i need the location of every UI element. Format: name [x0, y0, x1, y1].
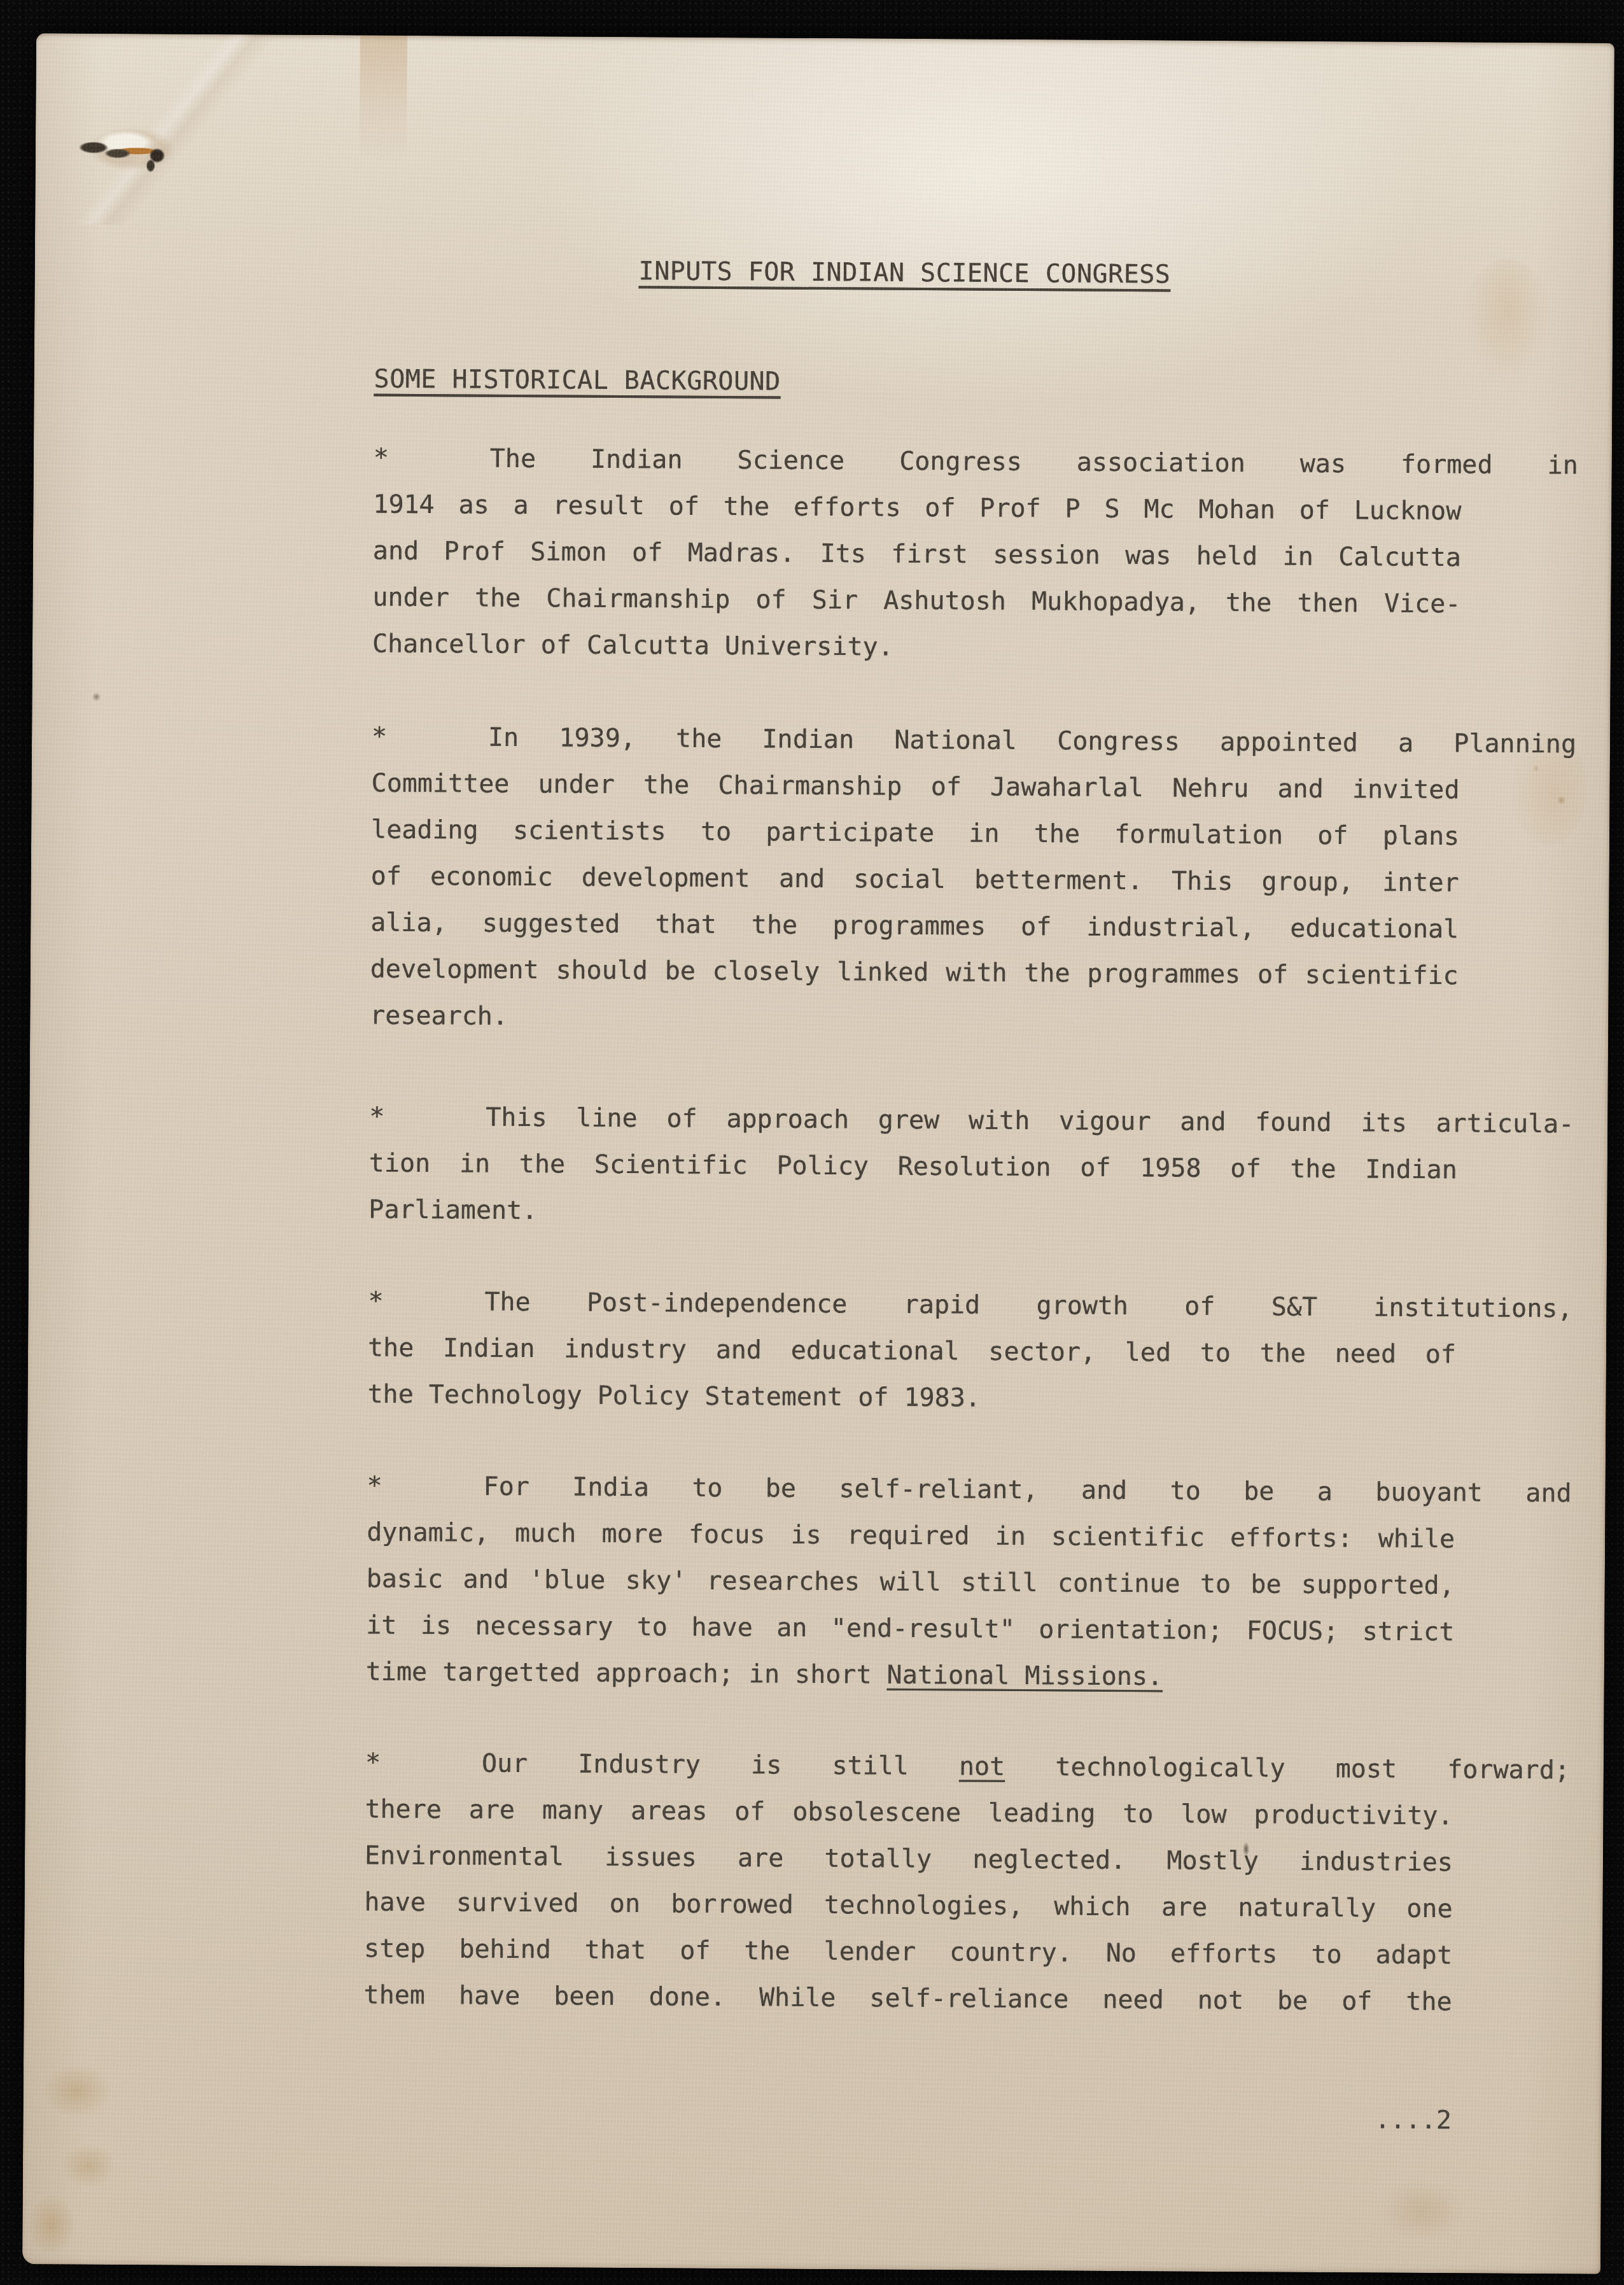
text-line: In 1939, the Indian National Congress ap… — [372, 714, 1576, 768]
paper-stain — [41, 2064, 112, 2118]
text-line: tion in the Scientific Policy Resolution… — [369, 1141, 1457, 1194]
paragraph-bullet: * — [369, 1094, 385, 1141]
paper-stain — [1462, 258, 1552, 386]
document-title: INPUTS FOR INDIAN SCIENCE CONGRESS — [639, 258, 1171, 287]
paragraph: *The Post-independence rapid growth of S… — [367, 1279, 1456, 1425]
paragraph: *In 1939, the Indian National Congress a… — [370, 714, 1460, 1046]
text-line: The Indian Science Congress association … — [374, 435, 1578, 489]
text-run: Our Industry is still — [482, 1749, 959, 1782]
page-number: ....2 — [1375, 2107, 1452, 2134]
text-line: For India to be self-reliant, and to be … — [367, 1463, 1571, 1517]
text-line: Environmental issues are totally neglect… — [365, 1833, 1453, 1887]
text-line: Committee under the Chairmanship of Jawa… — [371, 761, 1459, 814]
text-run: For India to be self-reliant, and to be … — [484, 1472, 1572, 1508]
text-run: technologically most forward; — [1005, 1752, 1570, 1785]
text-column: INPUTS FOR INDIAN SCIENCE CONGRESS SOME … — [362, 36, 1464, 2274]
text-line: dynamic, much more focus is required in … — [367, 1510, 1455, 1563]
underlined-text: not — [959, 1752, 1005, 1781]
text-run: the Technology Policy Statement of 1983. — [367, 1380, 981, 1413]
text-line: there are many areas of obsolescene lead… — [365, 1787, 1453, 1840]
text-line: time targetted approach; in short Nation… — [366, 1649, 1454, 1703]
text-run: step behind that of the lender country. … — [364, 1934, 1452, 1971]
text-line: The Post-independence rapid growth of S&… — [368, 1279, 1572, 1333]
text-line: under the Chairmanship of Sir Ashutosh M… — [372, 575, 1460, 628]
paper-stain — [27, 2194, 76, 2254]
text-run: The Indian Science Congress association … — [490, 444, 1578, 481]
text-line: of economic development and social bette… — [370, 854, 1459, 907]
text-line: 1914 as a result of the efforts of Prof … — [373, 482, 1461, 535]
paragraph-bullet: * — [374, 435, 389, 482]
paragraph: *The Indian Science Congress association… — [372, 435, 1462, 675]
text-run: time targetted approach; in short — [366, 1657, 887, 1690]
text-run: In 1939, the Indian National Congress ap… — [488, 723, 1576, 759]
paragraph: *This line of approach grew with vigour … — [368, 1094, 1457, 1241]
paragraph-bullet: * — [367, 1463, 382, 1510]
text-run: Parliament. — [368, 1195, 537, 1226]
text-line: alia, suggested that the programmes of i… — [370, 900, 1459, 953]
paper-stain — [92, 693, 101, 701]
text-line: Parliament. — [368, 1187, 1457, 1241]
text-line: step behind that of the lender country. … — [364, 1926, 1452, 1979]
text-line: basic and 'blue sky' researches will sti… — [367, 1556, 1455, 1610]
text-line: development should be closely linked wit… — [370, 946, 1459, 1000]
text-line: them have been done. While self-reliance… — [363, 1972, 1452, 2026]
text-run: basic and 'blue sky' researches will sti… — [367, 1564, 1455, 1601]
text-run: it is necessary to have an "end-result" … — [366, 1611, 1454, 1647]
text-line: it is necessary to have an "end-result" … — [366, 1603, 1454, 1656]
text-run: This line of approach grew with vigour a… — [486, 1103, 1574, 1139]
text-run: Committee under the Chairmanship of Jawa… — [371, 769, 1459, 805]
paragraphs: *The Indian Science Congress association… — [376, 36, 1464, 43]
paragraph: *Our Industry is still not technological… — [363, 1740, 1453, 2026]
paragraph-bullet: * — [372, 714, 388, 761]
text-run: them have been done. While self-reliance… — [364, 1981, 1452, 2017]
text-run: there are many areas of obsolescene lead… — [365, 1795, 1453, 1831]
paper-tear-hole — [80, 113, 188, 174]
text-run: The Post-independence rapid growth of S&… — [484, 1288, 1572, 1324]
text-run: 1914 as a result of the efforts of Prof … — [373, 490, 1461, 526]
underlined-text: National Missions. — [887, 1661, 1163, 1692]
text-run: tion in the Scientific Policy Resolution… — [369, 1149, 1457, 1185]
text-line: and Prof Simon of Madras. Its first sess… — [373, 528, 1461, 582]
text-run: Environmental issues are totally neglect… — [365, 1841, 1453, 1878]
paragraph-bullet: * — [365, 1740, 381, 1787]
text-line: the Technology Policy Statement of 1983. — [367, 1372, 1455, 1425]
text-line: Our Industry is still not technologicall… — [365, 1740, 1570, 1794]
text-run: alia, suggested that the programmes of i… — [370, 908, 1459, 945]
paragraph: *For India to be self-reliant, and to be… — [366, 1463, 1455, 1703]
text-line: have survived on borrowed technologies, … — [364, 1880, 1452, 1933]
text-run: leading scientists to participate in the… — [371, 815, 1459, 852]
text-run: Chancellor of Calcutta University. — [372, 629, 893, 662]
text-run: have survived on borrowed technologies, … — [364, 1888, 1452, 1924]
text-run: development should be closely linked wit… — [370, 955, 1459, 991]
text-run: research. — [370, 1001, 508, 1031]
text-line: This line of approach grew with vigour a… — [369, 1094, 1574, 1148]
text-line: Chancellor of Calcutta University. — [372, 621, 1460, 675]
text-line: the Indian industry and educational sect… — [368, 1325, 1456, 1379]
text-run: and Prof Simon of Madras. Its first sess… — [373, 537, 1461, 573]
text-line: leading scientists to participate in the… — [371, 807, 1459, 861]
text-run: under the Chairmanship of Sir Ashutosh M… — [372, 583, 1460, 619]
section-heading: SOME HISTORICAL BACKGROUND — [374, 367, 781, 395]
paragraph-bullet: * — [368, 1279, 384, 1325]
text-line: research. — [370, 993, 1458, 1046]
paper-stain — [61, 2144, 115, 2189]
text-run: of economic development and social bette… — [371, 862, 1459, 898]
text-run: the Indian industry and educational sect… — [368, 1333, 1456, 1370]
text-run: dynamic, much more focus is required in … — [367, 1518, 1455, 1554]
document-page: INPUTS FOR INDIAN SCIENCE CONGRESS SOME … — [22, 33, 1614, 2274]
